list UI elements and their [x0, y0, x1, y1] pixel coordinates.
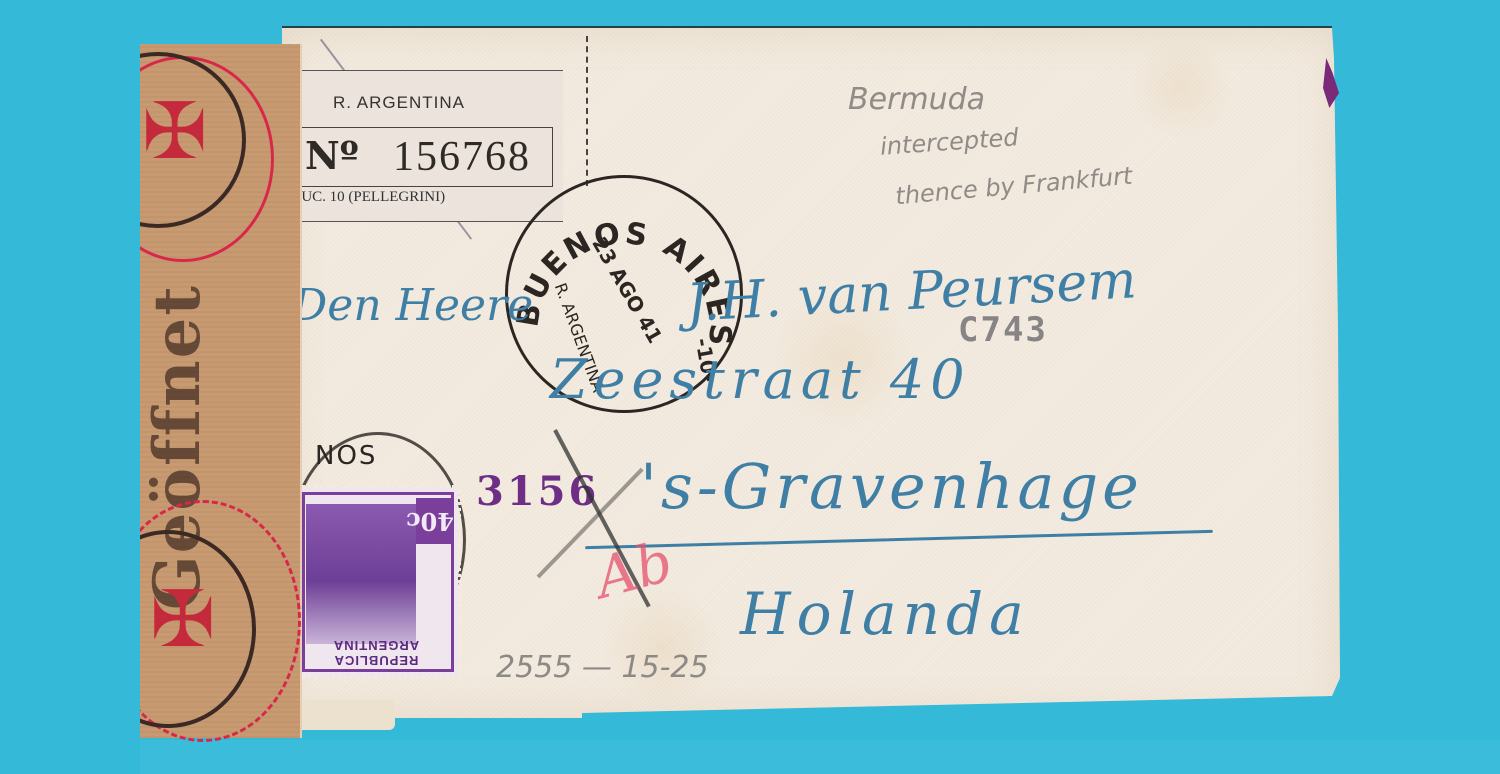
pencil-note-bottom: 2555 — 15-25	[496, 650, 709, 685]
envelope-flap-tab	[285, 700, 395, 730]
label-office: SUC. 10 (PELLEGRINI)	[293, 189, 445, 206]
stamp-value: 40c	[416, 498, 454, 544]
postage-stamp: 40c REPUBLICA ARGENTINA	[298, 488, 458, 676]
label-country: R. ARGENTINA	[333, 93, 465, 113]
address-street: Zeestraat 40	[550, 348, 971, 411]
eagle-emblem-icon: ✠	[142, 92, 207, 170]
label-number: 156768	[393, 133, 531, 181]
label-number-prefix: Nº	[305, 133, 359, 178]
background-shade	[0, 740, 1500, 774]
address-country: Holanda	[740, 580, 1030, 648]
eagle-emblem-icon: ✠	[150, 580, 215, 658]
postmark-stamp-city: NOS	[315, 441, 377, 471]
stamp-country: REPUBLICA ARGENTINA	[306, 638, 446, 668]
stamp-vignette	[306, 504, 416, 644]
address-city: 's-Gravenhage	[640, 450, 1143, 523]
background-left	[0, 0, 140, 774]
pencil-note-line-1: Bermuda	[848, 82, 985, 117]
address-salutation: Den Heere	[292, 280, 533, 331]
label-perforation	[586, 36, 588, 186]
